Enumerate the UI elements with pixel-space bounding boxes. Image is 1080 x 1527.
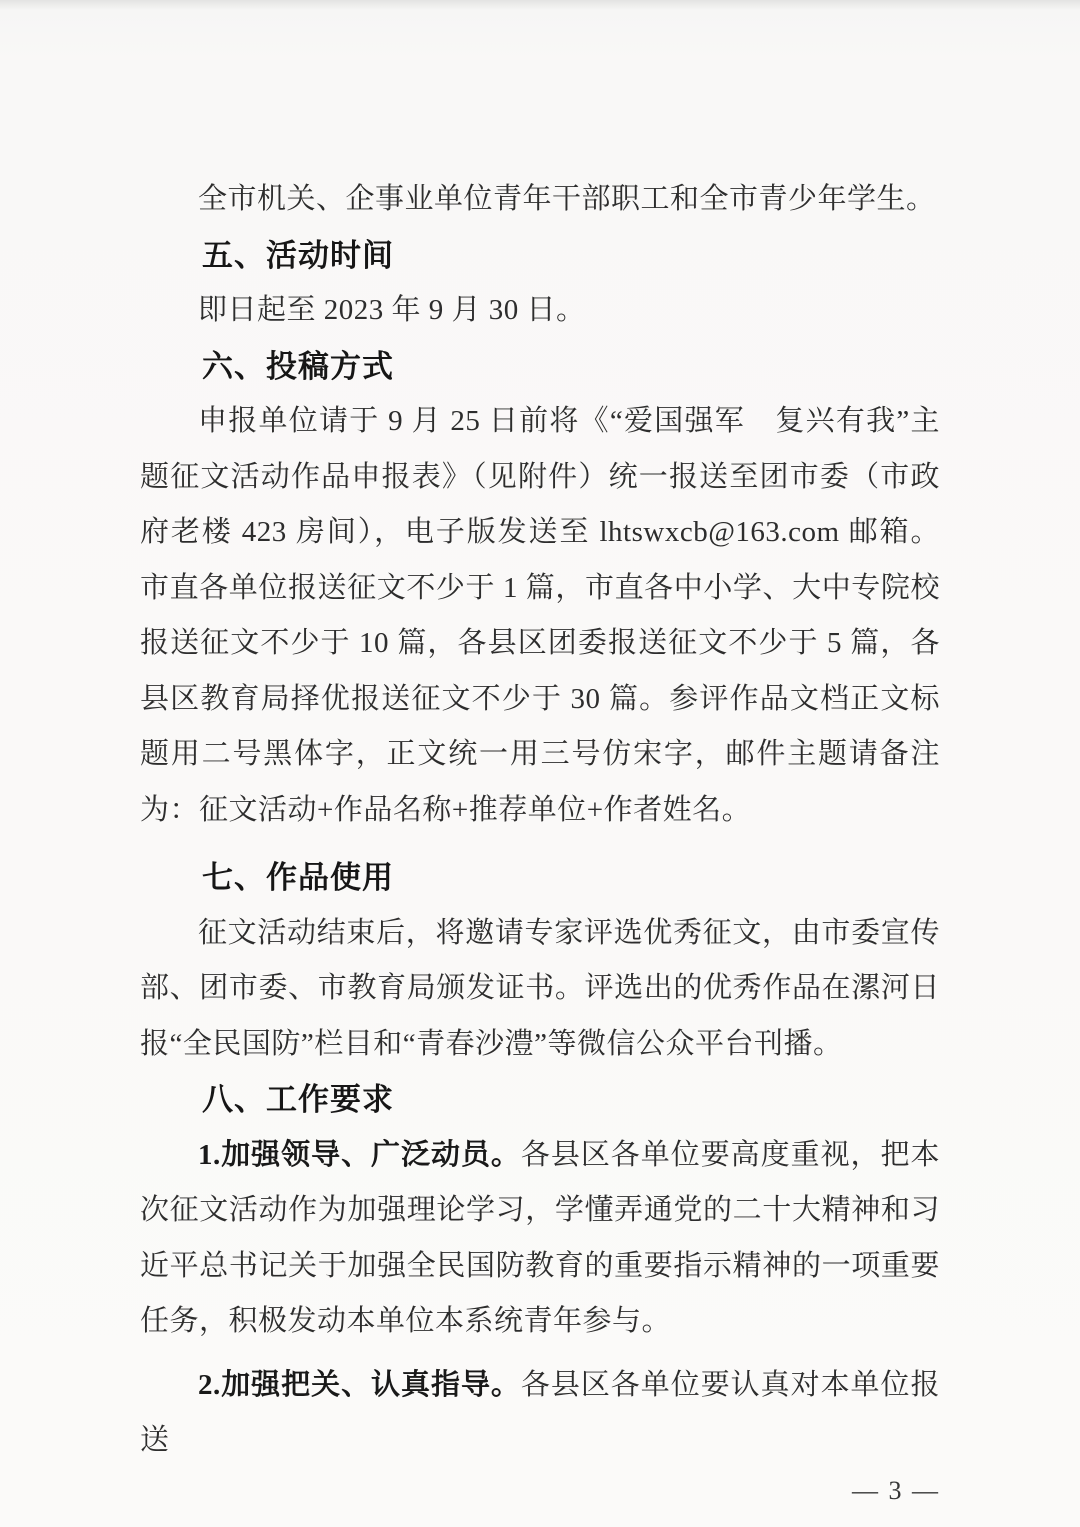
paragraph-submission-method: 申报单位请于 9 月 25 日前将《“爱国强军 复兴有我”主题征文活动作品申报表… [140, 394, 940, 838]
heading-work-usage: 七、作品使用 [140, 850, 940, 906]
heading-work-requirements: 八、工作要求 [140, 1072, 940, 1128]
document-page: 全市机关、企事业单位青年干部职工和全市青少年学生。 五、活动时间 即日起至 20… [0, 0, 1080, 1527]
requirement-1-lead: 1.加强领导、广泛动员。 [198, 1139, 521, 1171]
document-content: 全市机关、企事业单位青年干部职工和全市青少年学生。 五、活动时间 即日起至 20… [140, 0, 940, 1507]
paragraph-requirement-2: 2.加强把关、认真指导。各县区各单位要认真对本单位报送 [140, 1358, 940, 1469]
heading-submission-method: 六、投稿方式 [140, 339, 940, 395]
paragraph-work-usage: 征文活动结束后，将邀请专家评选优秀征文，由市委宣传部、团市委、市教育局颁发证书。… [140, 906, 940, 1073]
page-number: — 3 — [140, 1475, 940, 1507]
paragraph-activity-time: 即日起至 2023 年 9 月 30 日。 [140, 283, 940, 339]
paragraph-participants: 全市机关、企事业单位青年干部职工和全市青少年学生。 [140, 172, 940, 228]
requirement-2-lead: 2.加强把关、认真指导。 [198, 1369, 521, 1401]
heading-activity-time: 五、活动时间 [140, 228, 940, 284]
paragraph-requirement-1: 1.加强领导、广泛动员。各县区各单位要高度重视，把本次征文活动作为加强理论学习，… [140, 1128, 940, 1350]
